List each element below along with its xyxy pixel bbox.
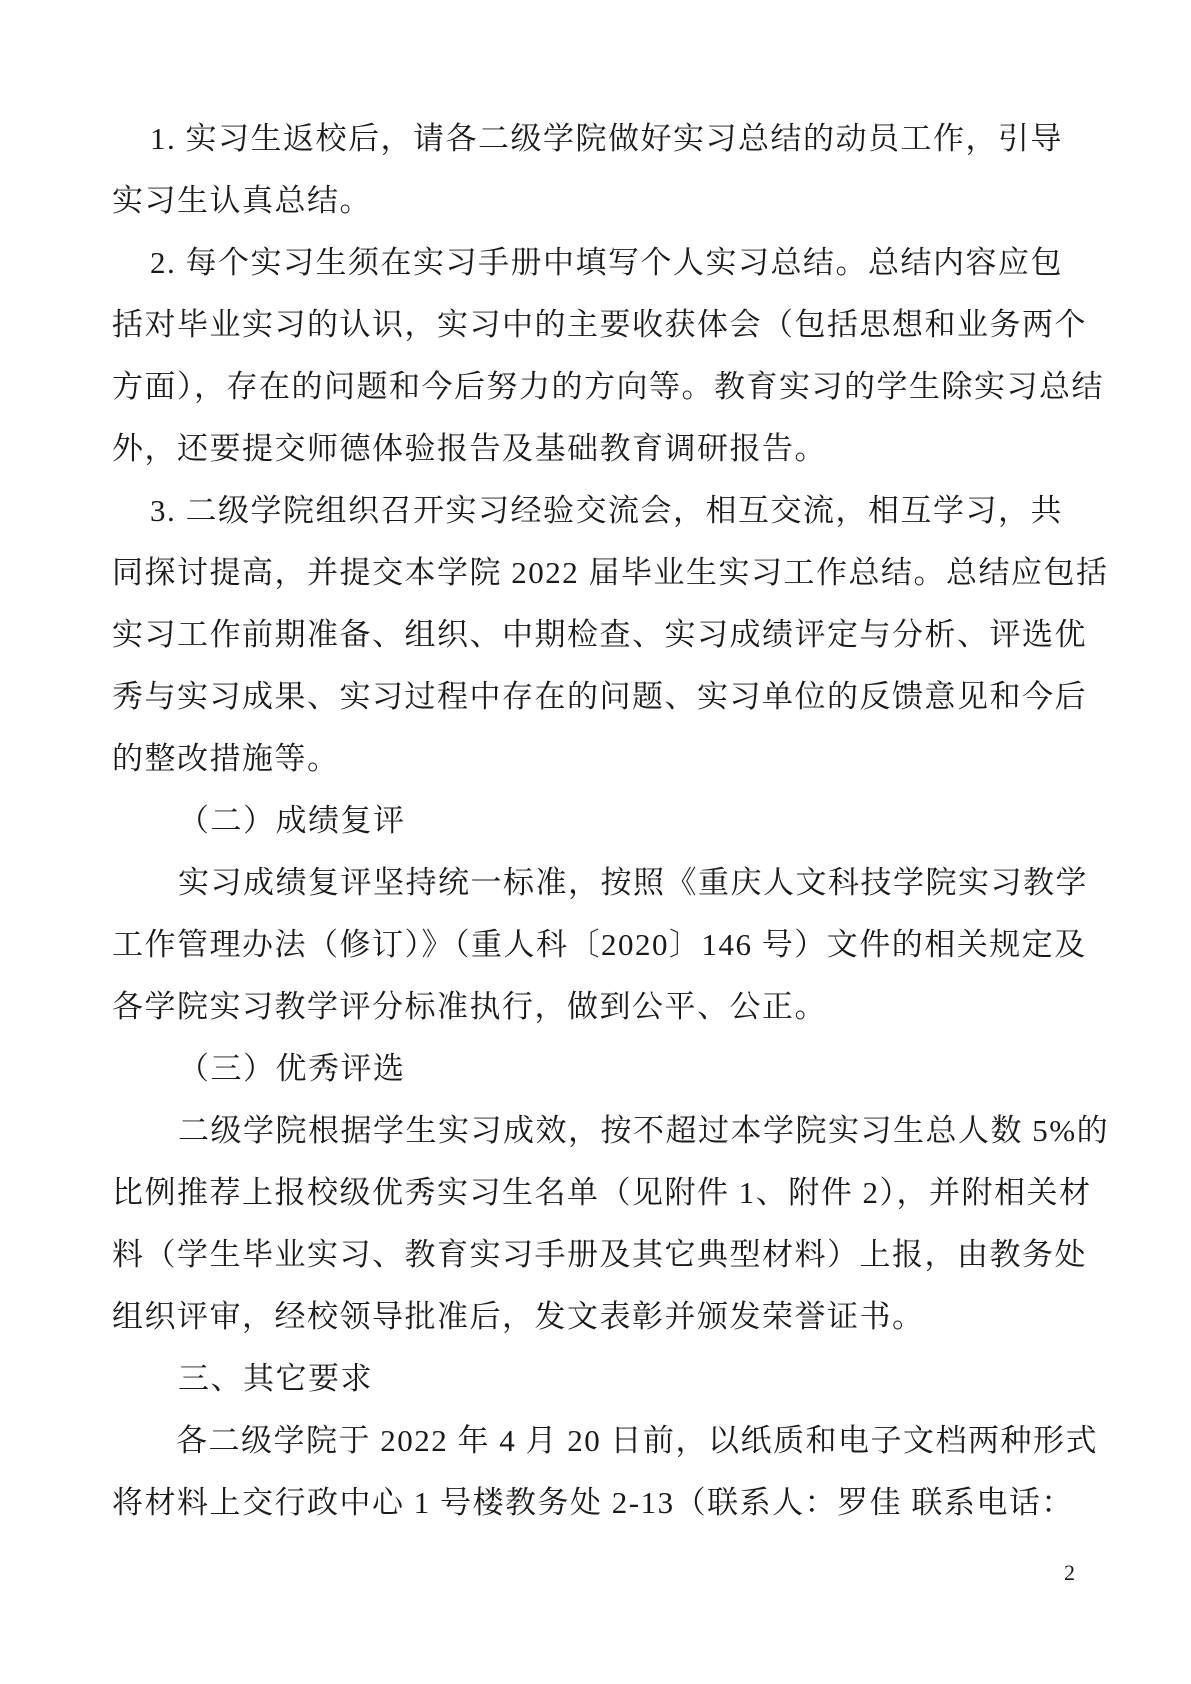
paragraph-line: 料（学生毕业实习、教育实习手册及其它典型材料）上报，由教务处	[112, 1235, 1087, 1275]
paragraph-line: 的整改措施等。	[112, 739, 340, 779]
paragraph-line: 括对毕业实习的认识，实习中的主要收获体会（包括思想和业务两个	[112, 305, 1087, 345]
paragraph-line: 将材料上交行政中心 1 号楼教务处 2-13（联系人：罗佳 联系电话：	[112, 1483, 1074, 1523]
paragraph-line: 同探讨提高，并提交本学院 2022 届毕业生实习工作总结。总结应包括	[112, 553, 1109, 593]
paragraph-line: 各二级学院于 2022 年 4 月 20 日前，以纸质和电子文档两种形式	[176, 1421, 1098, 1461]
section-heading: （三）优秀评选	[178, 1049, 406, 1089]
paragraph-line: 1. 实习生返校后，请各二级学院做好实习总结的动员工作，引导	[150, 119, 1063, 159]
paragraph-line: 外，还要提交师德体验报告及基础教育调研报告。	[112, 429, 827, 469]
paragraph-line: 比例推荐上报校级优秀实习生名单（见附件 1、附件 2），并附相关材	[112, 1173, 1092, 1213]
section-heading: （二）成绩复评	[178, 801, 406, 841]
paragraph-line: 二级学院根据学生实习成效，按不超过本学院实习生总人数 5%的	[178, 1111, 1109, 1151]
paragraph-line: 秀与实习成果、实习过程中存在的问题、实习单位的反馈意见和今后	[112, 677, 1087, 717]
paragraph-line: 实习成绩复评坚持统一标准，按照《重庆人文科技学院实习教学	[178, 863, 1088, 903]
paragraph-line: 组织评审，经校领导批准后，发文表彰并颁发荣誉证书。	[112, 1297, 925, 1337]
paragraph-line: 3. 二级学院组织召开实习经验交流会，相互交流，相互学习，共	[150, 491, 1063, 531]
paragraph-line: 工作管理办法（修订）》（重人科〔2020〕146 号）文件的相关规定及	[112, 925, 1087, 965]
paragraph-line: 方面），存在的问题和今后努力的方向等。教育实习的学生除实习总结	[112, 367, 1104, 407]
page-number: 2	[1064, 1560, 1075, 1586]
paragraph-line: 实习工作前期准备、组织、中期检查、实习成绩评定与分析、评选优	[112, 615, 1087, 655]
paragraph-line: 2. 每个实习生须在实习手册中填写个人实习总结。总结内容应包	[150, 243, 1063, 283]
section-heading: 三、其它要求	[178, 1359, 373, 1399]
paragraph-line: 实习生认真总结。	[112, 181, 372, 221]
document-page: 1. 实习生返校后，请各二级学院做好实习总结的动员工作，引导 实习生认真总结。 …	[0, 0, 1191, 1684]
paragraph-line: 各学院实习教学评分标准执行，做到公平、公正。	[112, 987, 827, 1027]
